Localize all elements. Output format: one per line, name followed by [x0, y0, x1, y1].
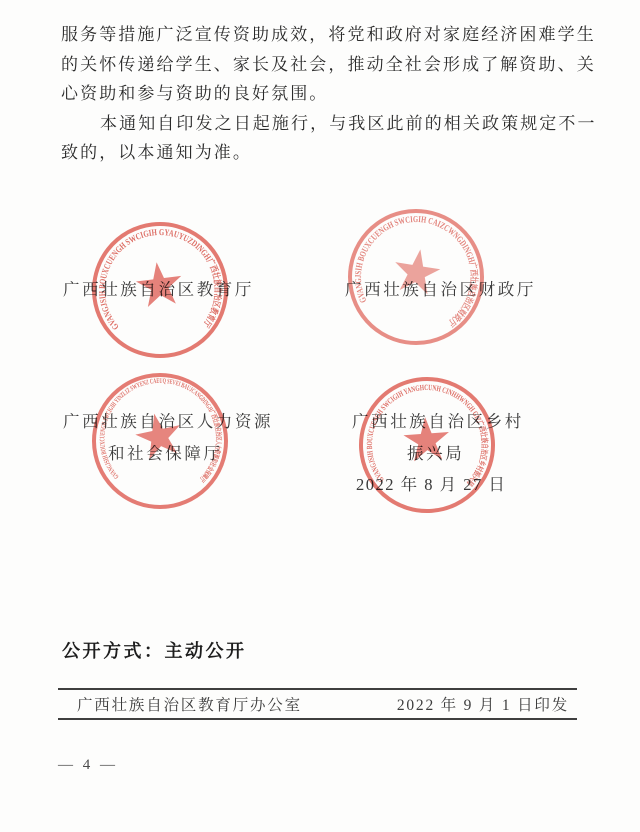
signature-finance-dept: 广西壮族自治区财政厅 [345, 276, 536, 300]
seal-ring-textpath: GVANGJSIH BOUXCUENGH SWCIGIH YINZLIZ SWY… [87, 365, 233, 504]
body-line: 服务等措施广泛宣传资助成效，将党和政府对家庭经济困难学生 [61, 20, 606, 50]
signature-rural-bureau-line1: 广西壮族自治区乡村 [352, 408, 524, 432]
disclosure-line: 公开方式：主动公开 [62, 637, 247, 663]
signature-hr-dept-line1: 广西壮族自治区人力资源 [63, 408, 273, 432]
body-line: 本通知自印发之日起施行，与我区此前的相关政策规定不一 [61, 109, 606, 139]
disclosure-value: 主动公开 [165, 641, 247, 661]
disclosure-label: 公开方式： [62, 641, 165, 661]
body-line: 心资助和参与资助的良好氛围。 [61, 79, 606, 109]
seal-ring-text: GVANGJSIH BOUXCUENGH SWCIGIH CAIZCWNGDIN… [347, 205, 490, 332]
issuance-footer: 广西壮族自治区教育厅办公室 2022 年 9 月 1 日印发 [58, 688, 577, 720]
body-line: 致的，以本通知为准。 [61, 138, 606, 168]
signature-education-dept: 广西壮族自治区教育厅 [63, 276, 254, 300]
page-number: — 4 — [58, 757, 118, 774]
body-text: 服务等措施广泛宣传资助成效，将党和政府对家庭经济困难学生 的关怀传递给学生、家长… [61, 20, 606, 168]
print-date: 2022 年 9 月 1 日印发 [397, 693, 569, 715]
body-line: 的关怀传递给学生、家长及社会，推动全社会形成了解资助、关 [61, 50, 606, 80]
signature-date: 2022 年 8 月 27 日 [356, 471, 506, 495]
signature-hr-dept-line2: 和社会保障厅 [108, 440, 223, 464]
signature-rural-bureau-line2: 振兴局 [407, 440, 464, 464]
seal-ring-textpath: GVANGJSIH BOUXCUENGH SWCIGIH CAIZCWNGDIN… [347, 205, 490, 332]
issuer-office: 广西壮族自治区教育厅办公室 [77, 693, 302, 715]
seal-ring-text: GVANGJSIH BOUXCUENGH SWCIGIH YINZLIZ SWY… [87, 365, 233, 504]
